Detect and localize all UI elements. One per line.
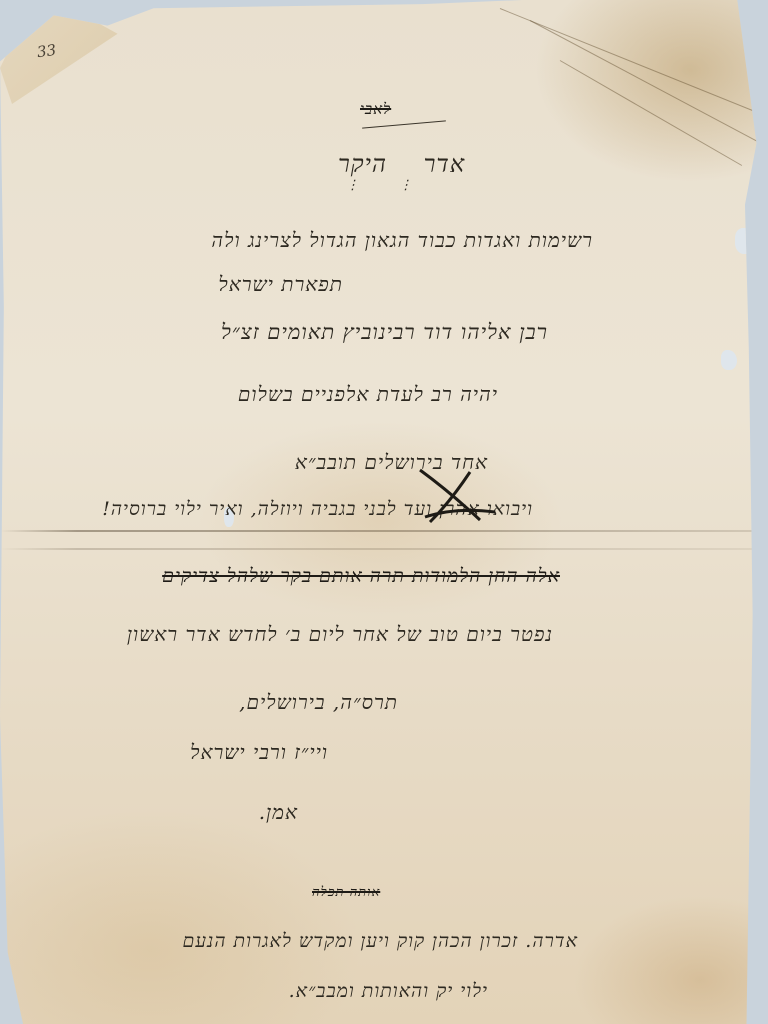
body-line-7-struck: אלה החן הלמודות תרה אותם בקר שלהל צדיקים (162, 565, 560, 588)
body-line-10: ויי״ז ורבי ישראל (190, 740, 328, 765)
folded-corner (0, 14, 120, 104)
footer-line-1: אדרה. זכרון הכהן קוק ויען ומקדש לאגרות ה… (183, 930, 578, 953)
page-number: 33 (36, 41, 57, 61)
body-line-8: נפטר ביום טוב של אחר ליום ב׳ לחדש אדר רא… (127, 622, 553, 647)
footer-line-2: ילוי יק והאותות ומבב״א. (289, 980, 488, 1003)
heading-underline (362, 120, 446, 128)
footer-heading-struck: אותה תפלה (312, 884, 380, 900)
body-line-9: תרס״ה, בירושלים, (239, 690, 398, 715)
body-line-1: רשימות ואגדות כבוד הגאון הגדול לצרינג ול… (211, 228, 593, 253)
document-title: אדר היקר (338, 150, 465, 179)
corner-fold-crease (560, 60, 742, 166)
horizontal-crease (0, 548, 768, 550)
body-line-2: תפארת ישראל (218, 272, 343, 297)
body-line-3: רבן אליהו דוד רבינוביץ תאומים זצ״ל (221, 320, 548, 345)
paper-hole (721, 350, 737, 370)
body-line-11: אמן. (259, 800, 298, 825)
manuscript-page: 33 לאבי אדר היקר ⋮ ⋮ רשימות ואגדות כבוד … (0, 0, 768, 1024)
horizontal-crease (0, 530, 768, 532)
body-line-4: יהיה רב לעדת אלפניים בשלום (238, 382, 498, 407)
title-vowel-dots: ⋮ ⋮ (346, 178, 413, 193)
corner-fold-crease (530, 20, 760, 143)
crossed-out-scribble (410, 462, 500, 532)
paper-hole (735, 228, 757, 254)
heading-struck: לאבי (360, 100, 391, 119)
